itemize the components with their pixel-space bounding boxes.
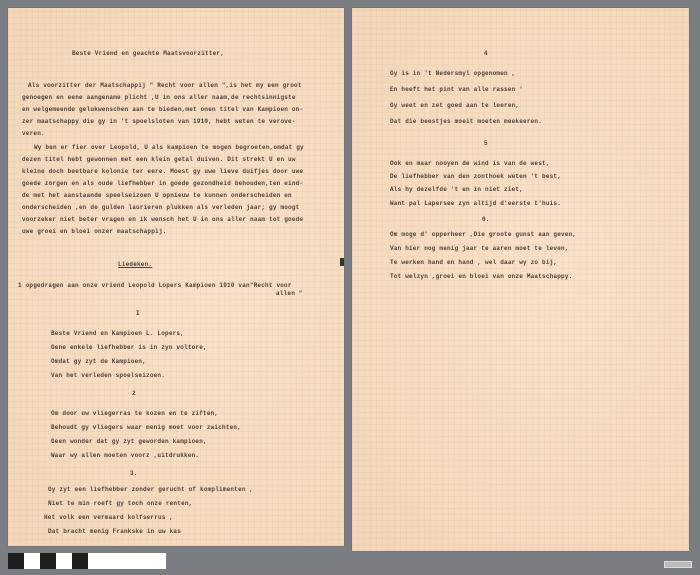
paragraph2-line: de met het aanstaande speelseizoen U opn… — [22, 192, 292, 199]
stanza-line: De liefhebber van den zonthoek weten 't … — [390, 173, 561, 180]
stanza-line: Gy weet en zet goed aan te leeren, — [390, 102, 519, 109]
stanza-line: Waar wy allen moeten voorz ,uitdrukken. — [51, 452, 199, 459]
calibration-swatch — [56, 553, 72, 569]
paragraph1-line: Als voorzitter der Maatschappij " Recht … — [28, 82, 302, 89]
calibration-swatch — [24, 553, 40, 569]
stanza-line: Dat die beestjes moeit moeten meekeeren. — [390, 118, 542, 125]
stanza-line: Gy is in 't Nedersmyl opgenomen , — [390, 70, 515, 77]
stanza-line: Behoudt gy vliegers waar menig moet voor… — [51, 424, 241, 431]
stanza-line: Beste Vriend en Kampioen L. Lopers, — [51, 330, 184, 337]
stanza-line: Als hy dezelfde 't en in niet ziet, — [390, 186, 523, 193]
paragraph2-line: voorzeker niet beter vragen en ik wensch… — [22, 216, 303, 223]
paragraph1-line: zer maatschappy die gy in 't spoelsloten… — [22, 118, 296, 125]
stanza-line: Om door uw vliegerras te kozen en te zif… — [51, 410, 218, 417]
stanza-number: 2 — [132, 390, 136, 397]
paragraph1-line: veren. — [22, 130, 45, 137]
stanza-number: I — [136, 310, 140, 317]
stanza-line: Te werken hand en hand , wel daar wy zo … — [390, 259, 557, 266]
stanza-line: Het volk een vermaard kolfserrus , — [44, 514, 173, 521]
stanza-line: En heeft het pint van alle rassen ' — [390, 86, 523, 93]
paragraph1-line: en welgemeende gelukwenschen aan te bied… — [22, 106, 303, 113]
song-subtitle-continuation: allen " — [276, 290, 303, 297]
stanza-line: Want pal Lapersee zyn altijd d'eerste t'… — [390, 200, 561, 207]
calibration-swatch — [72, 553, 88, 569]
song-heading: Liedeken. — [118, 261, 152, 268]
paragraph1-line: genoegen en eene aangename plicht ,U in … — [22, 94, 296, 101]
paragraph2-line: goede zorgen en als oude liefhebber in g… — [22, 180, 303, 187]
stanza-line: Niet te min roeft gy toch onze renten, — [48, 500, 192, 507]
stanza-number: 5 — [484, 140, 488, 147]
paragraph2-line: Wy ben er fier over Leopold, U als kampi… — [34, 144, 304, 151]
paragraph2-line: dezen titel hebt gewonnen met een klein … — [22, 156, 296, 163]
stanza-line: Dat bracht menig Frankske in uw kas — [48, 528, 181, 535]
calibration-swatch — [88, 553, 166, 569]
song-subtitle: 1 opgedragen aan onze vriend Leopold Lop… — [18, 282, 292, 289]
stanza-line: Gene enkele liefhebber is in zyn voltore… — [51, 344, 207, 351]
stanza-number: 6. — [482, 216, 490, 223]
stanza-line: Van het verleden spoelseizoen. — [51, 372, 165, 379]
page-edge-mark — [340, 258, 344, 266]
stanza-line: Van hier nog menig jaar te aaren moet te… — [390, 245, 569, 252]
stanza-line: Ook en maar nooyen de wind is van de wes… — [390, 160, 550, 167]
stanza-line: Omdat gy zyt de Kampioen, — [51, 358, 146, 365]
calibration-swatch — [40, 553, 56, 569]
document-page-right: 4 Gy is in 't Nedersmyl opgenomen , En h… — [352, 8, 689, 551]
salutation: Beste Vriend en geachte Maatsvoorzitter, — [72, 50, 224, 57]
color-calibration-bar — [8, 553, 166, 569]
scale-marker — [664, 561, 692, 568]
stanza-number: 4 — [484, 50, 488, 57]
stanza-line: Gy zyt een liefhebber zonder gerucht of … — [48, 486, 253, 493]
stanza-line: Geen wonder dat gy zyt geworden kampioen… — [51, 438, 207, 445]
paragraph2-line: onderscheiden ,en de gulden laurieren pl… — [22, 204, 299, 211]
paragraph2-line: kleine doch beetbare kolonie ter eere. M… — [22, 168, 303, 175]
stanza-line: Om moge d' opperheer ,Die groote gunst a… — [390, 231, 576, 238]
calibration-swatch — [8, 553, 24, 569]
stanza-line: Tot welzyn ,groei en bloei van onze Maat… — [390, 273, 572, 280]
stanza-number: 3. — [130, 470, 138, 477]
document-page-left: Beste Vriend en geachte Maatsvoorzitter,… — [8, 8, 344, 546]
paragraph2-line: uwe groei en bloei onzer maatschappij. — [22, 228, 166, 235]
